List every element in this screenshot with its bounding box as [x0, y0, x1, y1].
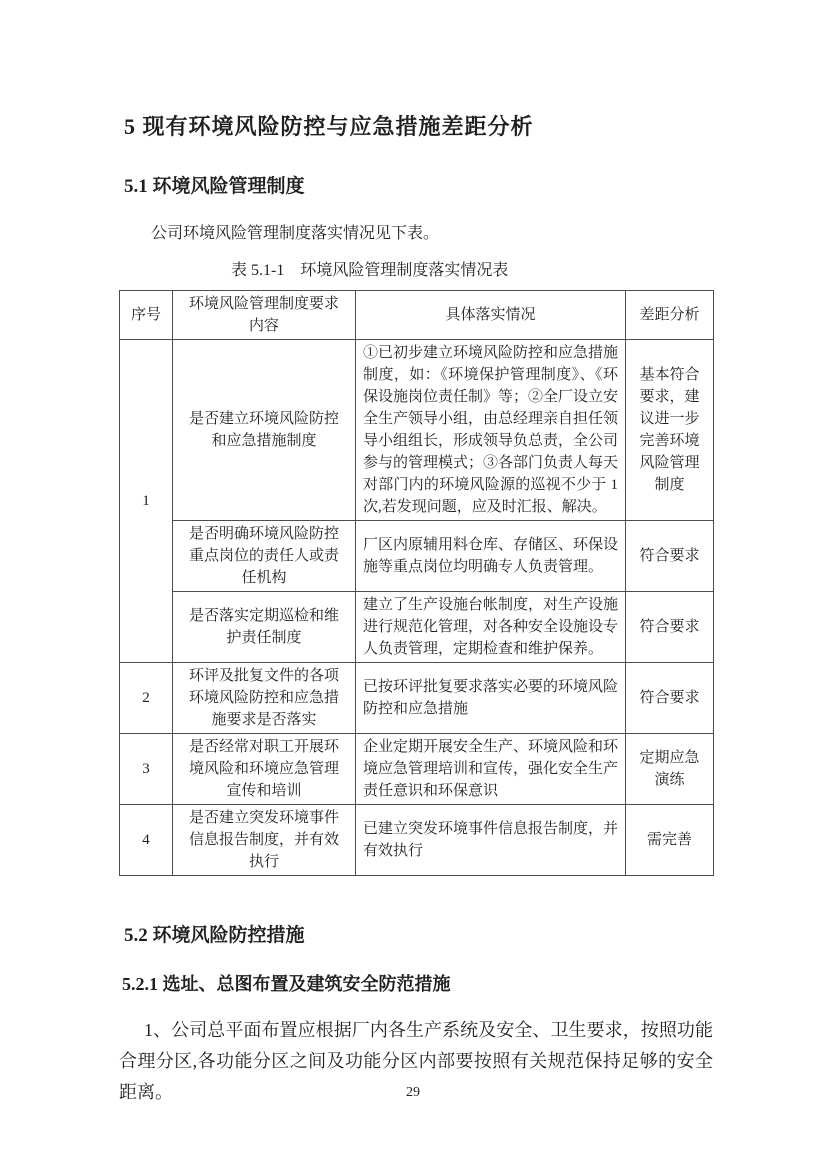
cell-no: 3: [120, 734, 173, 805]
page-content: 5 现有环境风险防控与应急措施差距分析 5.1 环境风险管理制度 公司环境风险管…: [119, 0, 713, 1108]
table-row: 4 是否建立突发环境事件信息报告制度，并有效执行 已建立突发环境事件信息报告制度…: [120, 805, 714, 876]
table-row: 是否落实定期巡检和维护责任制度 建立了生产设施台帐制度，对生产设施进行规范化管理…: [120, 592, 714, 663]
table-row: 1 是否建立环境风险防控和应急措施制度 ①已初步建立环境风险防控和应急措施制度，…: [120, 340, 714, 521]
cell-implementation: 厂区内原辅用料仓库、存储区、环保设施等重点岗位均明确专人负责管理。: [356, 521, 626, 592]
cell-gap: 符合要求: [626, 663, 714, 734]
section-heading-5-2: 5.2 环境风险防控措施: [124, 923, 713, 949]
cell-no: 2: [120, 663, 173, 734]
cell-no: 1: [120, 340, 173, 663]
cell-gap: 基本符合要求，建议进一步完善环境风险管理制度: [626, 340, 714, 521]
cell-requirement: 是否建立环境风险防控和应急措施制度: [173, 340, 356, 521]
cell-implementation: 企业定期开展安全生产、环境风险和环境应急管理培训和宣传，强化安全生产责任意识和环…: [356, 734, 626, 805]
cell-gap: 需完善: [626, 805, 714, 876]
table-row: 2 环评及批复文件的各项环境风险防控和应急措施要求是否落实 已按环评批复要求落实…: [120, 663, 714, 734]
cell-gap: 定期应急演练: [626, 734, 714, 805]
cell-requirement: 环评及批复文件的各项环境风险防控和应急措施要求是否落实: [173, 663, 356, 734]
table-row: 是否明确环境风险防控重点岗位的责任人或责任机构 厂区内原辅用料仓库、存储区、环保…: [120, 521, 714, 592]
table-header-row: 序号 环境风险管理制度要求内容 具体落实情况 差距分析: [120, 291, 714, 340]
section-heading-5: 5 现有环境风险防控与应急措施差距分析: [124, 112, 713, 142]
cell-implementation: 建立了生产设施台帐制度，对生产设施进行规范化管理，对各种安全设施设专人负责管理，…: [356, 592, 626, 663]
intro-paragraph: 公司环境风险管理制度落实情况见下表。: [119, 223, 713, 245]
table-row: 3 是否经常对职工开展环境风险和环境应急管理宣传和培训 企业定期开展安全生产、环…: [120, 734, 714, 805]
column-header-implementation: 具体落实情况: [356, 291, 626, 340]
cell-requirement: 是否落实定期巡检和维护责任制度: [173, 592, 356, 663]
cell-implementation: ①已初步建立环境风险防控和应急措施制度，如：《环境保护管理制度》、《环保设施岗位…: [356, 340, 626, 521]
column-header-no: 序号: [120, 291, 173, 340]
cell-gap: 符合要求: [626, 592, 714, 663]
cell-no: 4: [120, 805, 173, 876]
cell-gap: 符合要求: [626, 521, 714, 592]
section-heading-5-2-1: 5.2.1 选址、总图布置及建筑安全防范措施: [122, 971, 713, 997]
cell-requirement: 是否经常对职工开展环境风险和环境应急管理宣传和培训: [173, 734, 356, 805]
cell-implementation: 已按环评批复要求落实必要的环境风险防控和应急措施: [356, 663, 626, 734]
table-caption: 表 5.1-1 环境风险管理制度落实情况表: [231, 260, 713, 282]
risk-management-table: 序号 环境风险管理制度要求内容 具体落实情况 差距分析 1 是否建立环境风险防控…: [119, 290, 714, 876]
cell-implementation: 已建立突发环境事件信息报告制度，并有效执行: [356, 805, 626, 876]
column-header-requirement: 环境风险管理制度要求内容: [173, 291, 356, 340]
document-page: 5 现有环境风险防控与应急措施差距分析 5.1 环境风险管理制度 公司环境风险管…: [0, 0, 826, 1169]
cell-requirement: 是否明确环境风险防控重点岗位的责任人或责任机构: [173, 521, 356, 592]
section-heading-5-1: 5.1 环境风险管理制度: [124, 174, 713, 200]
page-number: 29: [0, 1085, 826, 1101]
cell-requirement: 是否建立突发环境事件信息报告制度，并有效执行: [173, 805, 356, 876]
column-header-gap: 差距分析: [626, 291, 714, 340]
